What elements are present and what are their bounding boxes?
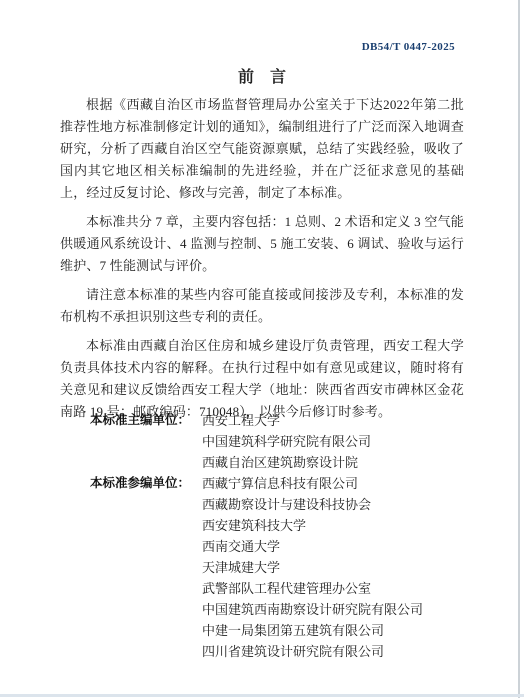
doc-code: DB54/T 0447-2025 xyxy=(0,41,455,53)
chief-editor-list: 西安工程大学 中国建筑科学研究院有限公司 西藏自治区建筑勘察设计院 xyxy=(202,410,490,473)
unit-name: 西安建筑科技大学 xyxy=(202,515,490,536)
unit-name: 武警部队工程代建管理办公室 xyxy=(202,578,490,599)
paragraph: 根据《西藏自治区市场监督管理局办公室关于下达2022年第二批推荐性地方标准制修定… xyxy=(60,94,464,204)
paragraph: 本标准共分 7 章，主要内容包括：1 总则、2 术语和定义 3 空气能供暖通风系… xyxy=(60,211,464,277)
participating-editor-label: 本标准参编单位： xyxy=(90,473,202,494)
unit-name: 中建一局集团第五建筑有限公司 xyxy=(202,620,490,641)
chief-editor-group: 本标准主编单位： 西安工程大学 中国建筑科学研究院有限公司 西藏自治区建筑勘察设… xyxy=(60,410,490,473)
page-title: 前 言 xyxy=(0,64,524,87)
unit-name: 西藏勘察设计与建设科技协会 xyxy=(202,494,490,515)
unit-name: 西藏宁算信息科技有限公司 xyxy=(202,473,490,494)
paragraph: 请注意本标准的某些内容可能直接或间接涉及专利，本标准的发布机构不承担识别这些专利… xyxy=(60,284,464,328)
unit-name: 四川省建筑设计研究院有限公司 xyxy=(202,641,490,662)
unit-name: 西南交通大学 xyxy=(202,536,490,557)
preface-body: 根据《西藏自治区市场监督管理局办公室关于下达2022年第二批推荐性地方标准制修定… xyxy=(60,94,464,430)
unit-name: 中国建筑西南勘察设计研究院有限公司 xyxy=(202,599,490,620)
chief-editor-label: 本标准主编单位： xyxy=(90,410,202,431)
editing-units-section: 本标准主编单位： 西安工程大学 中国建筑科学研究院有限公司 西藏自治区建筑勘察设… xyxy=(60,410,490,662)
page-edge-bottom xyxy=(0,694,524,697)
participating-editor-group: 本标准参编单位： 西藏宁算信息科技有限公司 西藏勘察设计与建设科技协会 西安建筑… xyxy=(60,473,490,662)
unit-name: 天津城建大学 xyxy=(202,557,490,578)
unit-name: 西藏自治区建筑勘察设计院 xyxy=(202,452,490,473)
page-edge-right xyxy=(518,0,520,698)
unit-name: 中国建筑科学研究院有限公司 xyxy=(202,431,490,452)
unit-name: 西安工程大学 xyxy=(202,410,490,431)
document-page: DB54/T 0447-2025 前 言 根据《西藏自治区市场监督管理局办公室关… xyxy=(0,0,524,698)
participating-editor-list: 西藏宁算信息科技有限公司 西藏勘察设计与建设科技协会 西安建筑科技大学 西南交通… xyxy=(202,473,490,662)
